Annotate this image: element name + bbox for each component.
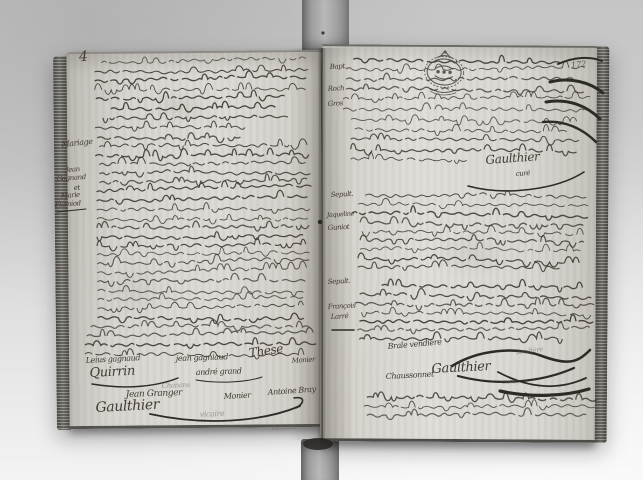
- right-page: [320, 44, 597, 443]
- left-page: [66, 50, 323, 429]
- folio-number-right: 172: [571, 59, 587, 69]
- manuscript-photo: 4 172 MariageJeanGagnandetMarieFlamiodLe…: [0, 0, 643, 480]
- fiscal-stamp-icon: [420, 48, 469, 100]
- cradle-clamp-bottom: [301, 439, 339, 480]
- folio-number-left: 4: [78, 49, 88, 66]
- register-book: [55, 42, 608, 444]
- binding-gutter-crease: [318, 48, 326, 440]
